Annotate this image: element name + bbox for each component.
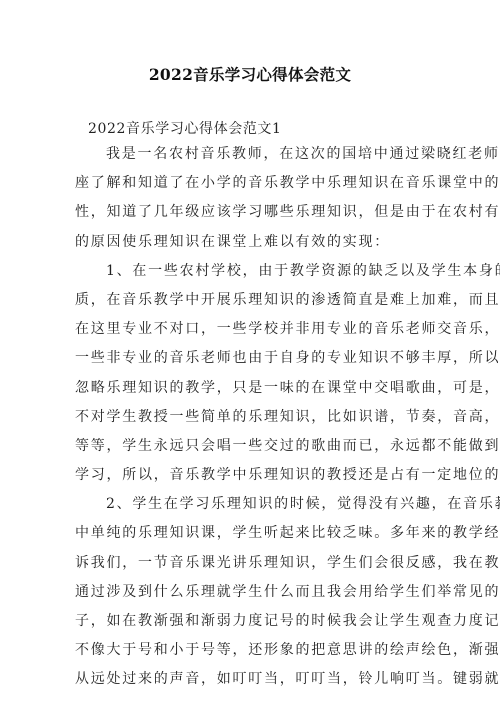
- paragraph-line: 2、学生在学习乐理知识的时候，觉得没有兴趣，在音乐教学: [75, 490, 425, 519]
- document-page: 2022音乐学习心得体会范文 2022音乐学习心得体会范文1 我是一名农村音乐教…: [0, 0, 500, 707]
- paragraph-line: 学习，所以，音乐教学中乐理知识的教授还是占有一定地位的。: [75, 461, 425, 490]
- paragraph-line: 忽略乐理知识的教学，只是一味的在课堂中交唱歌曲，可是，如果: [75, 374, 425, 403]
- paragraph-line: 的原因使乐理知识在课堂上难以有效的实现：: [75, 228, 425, 257]
- paragraph-line: 质，在音乐教学中开展乐理知识的渗透简直是难上加难，而且因为: [75, 286, 425, 315]
- paragraph-line: 从远处过来的声音，如叮叮当，叮叮当，铃儿响叮当。键弱就是从: [75, 665, 425, 694]
- paragraph-line: 等等，学生永远只会唱一些交过的歌曲而已，永远都不能做到自己: [75, 432, 425, 461]
- body-text: 我是一名农村音乐教师，在这次的国培中通过梁晓红老师的讲 座了解和知道了在小学的音…: [75, 140, 425, 695]
- paragraph-line: 性，知道了几年级应该学习哪些乐理知识，但是由于在农村有诸多: [75, 198, 425, 227]
- paragraph-line: 一些非专业的音乐老师也由于自身的专业知识不够丰厚，所以就会: [75, 344, 425, 373]
- paragraph-line: 座了解和知道了在小学的音乐教学中乐理知识在音乐课堂中的重要: [75, 169, 425, 198]
- paragraph-line: 我是一名农村音乐教师，在这次的国培中通过梁晓红老师的讲: [75, 140, 425, 169]
- paragraph-line: 1、在一些农村学校，由于教学资源的缺乏以及学生本身的素: [75, 257, 425, 286]
- section-heading: 2022音乐学习心得体会范文1: [88, 118, 282, 138]
- paragraph-line: 通过涉及到什么乐理就学生什么而且我会用给学生们举常见的例: [75, 578, 425, 607]
- paragraph-line: 不像大于号和小于号等，还形象的把意思讲的绘声绘色，渐强就是: [75, 636, 425, 665]
- document-title: 2022音乐学习心得体会范文: [0, 63, 500, 85]
- paragraph-line: 中单纯的乐理知识课，学生听起来比较乏味。多年来的教学经验告: [75, 519, 425, 548]
- paragraph-line: 子，如在教渐强和渐弱力度记号的时候我会让学生观查力度记号像: [75, 607, 425, 636]
- paragraph-line: 在这里专业不对口，一些学校并非用专业的音乐老师交音乐，所以: [75, 315, 425, 344]
- paragraph-line: 诉我们，一节音乐课光讲乐理知识，学生们会很反感，我在教学中: [75, 549, 425, 578]
- paragraph-line: 不对学生教授一些简单的乐理知识，比如识谱，节奏，音高，音调: [75, 403, 425, 432]
